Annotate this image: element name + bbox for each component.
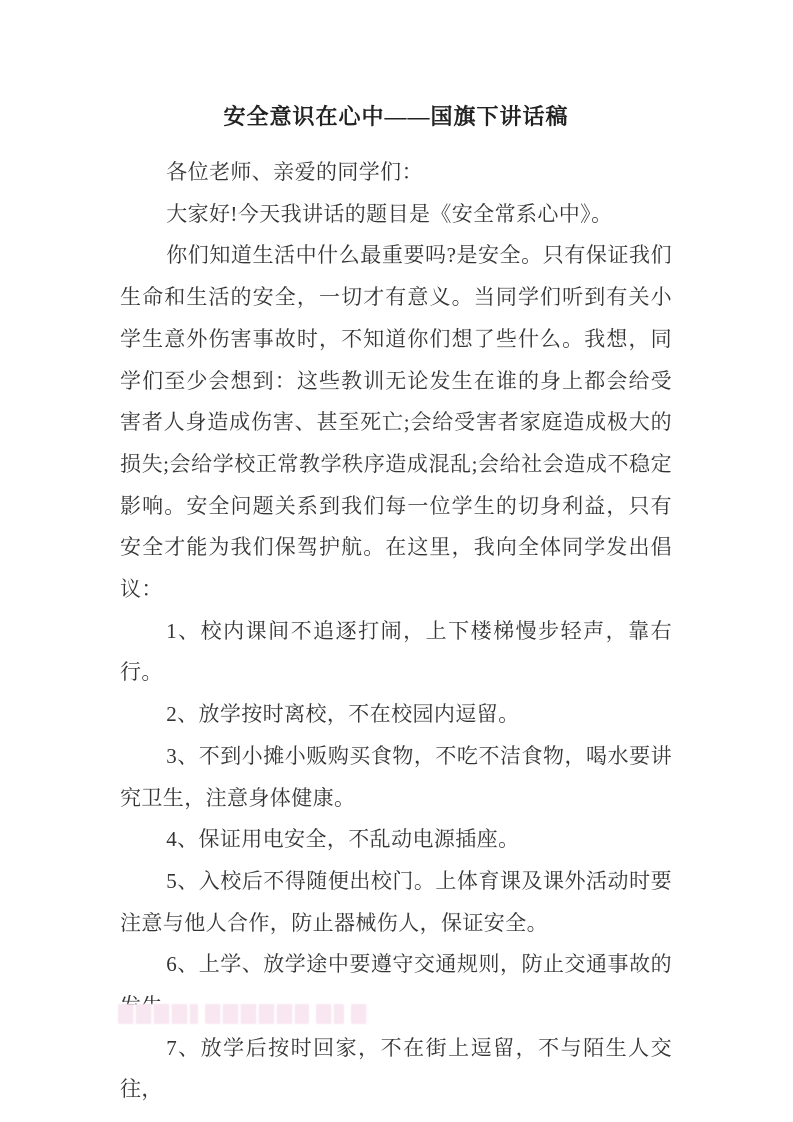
footer-watermark (118, 1004, 369, 1024)
watermark-block (205, 1004, 309, 1024)
list-item-3: 3、不到小摊小贩购买食物，不吃不洁食物，喝水要讲究卫生，注意身体健康。 (120, 736, 672, 819)
list-item-7: 7、放学后按时回家，不在街上逗留，不与陌生人交往， (120, 1028, 672, 1111)
watermark-block (351, 1004, 369, 1024)
list-item-4: 4、保证用电安全，不乱动电源插座。 (120, 819, 672, 861)
document-page: 安全意识在心中——国旗下讲话稿 各位老师、亲爱的同学们： 大家好!今天我讲话的题… (0, 0, 793, 1122)
document-title: 安全意识在心中——国旗下讲话稿 (120, 96, 672, 137)
list-item-1: 1、校内课间不追逐打闹，上下楼梯慢步轻声，靠右行。 (120, 611, 672, 694)
paragraph-greeting: 大家好!今天我讲话的题目是《安全常系心中》。 (120, 194, 672, 236)
watermark-block (118, 1004, 198, 1024)
watermark-block (316, 1004, 344, 1024)
document-body: 各位老师、亲爱的同学们： 大家好!今天我讲话的题目是《安全常系心中》。 你们知道… (120, 152, 672, 1111)
list-item-5: 5、入校后不得随便出校门。上体育课及课外活动时要注意与他人合作，防止器械伤人，保… (120, 861, 672, 944)
paragraph-intro: 你们知道生活中什么最重要吗?是安全。只有保证我们生命和生活的安全，一切才有意义。… (120, 235, 672, 610)
paragraph-salutation: 各位老师、亲爱的同学们： (120, 152, 672, 194)
list-item-2: 2、放学按时离校，不在校园内逗留。 (120, 694, 672, 736)
